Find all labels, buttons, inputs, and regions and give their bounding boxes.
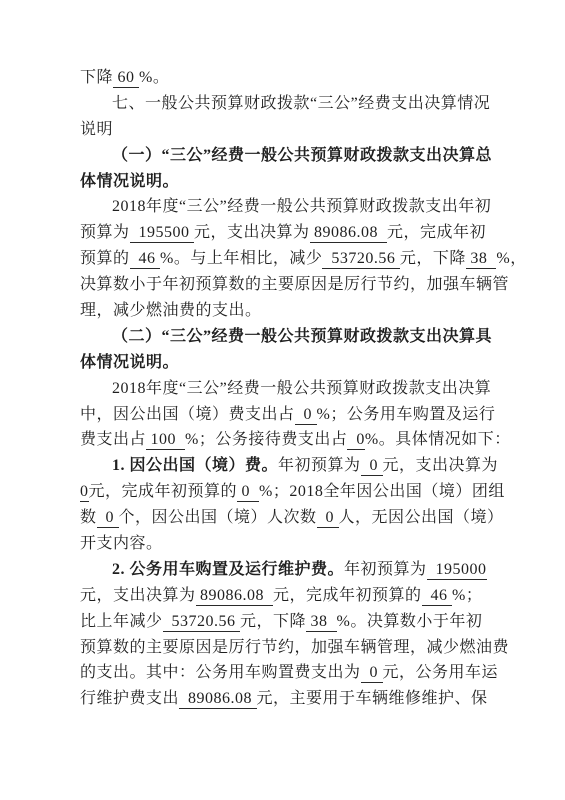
text-line: 体情况说明。 bbox=[80, 350, 512, 376]
text-segment: %。 bbox=[139, 69, 169, 86]
text-line: （二）“三公”经费一般公共预算财政拨款支出决算具 bbox=[80, 324, 512, 350]
underlined-value: 0 bbox=[237, 483, 259, 502]
underlined-value: 53720.56 bbox=[163, 613, 241, 632]
text-line: 预算为 195500 元，支出决算为 89086.08 元，完成年初 bbox=[80, 220, 512, 246]
text-line: 预算数的主要原因是厉行节约，加强车辆管理，减少燃油费 bbox=[80, 635, 512, 661]
text-segment: 元，完成年初预算的 bbox=[273, 587, 422, 604]
text-segment: 说明 bbox=[80, 121, 113, 138]
text-segment: 理，减少燃油费的支出。 bbox=[80, 302, 262, 319]
underlined-value: 38 bbox=[466, 250, 497, 269]
text-line: 元，支出决算为 89086.08 元，完成年初预算的 46 %； bbox=[80, 583, 512, 609]
text-segment: 年初预算为 bbox=[344, 561, 427, 578]
underlined-value: 0 bbox=[361, 457, 383, 476]
underlined-value: 0 bbox=[295, 406, 317, 425]
document-text: 下降 60 %。七、一般公共预算财政拨款“三公”经费支出决算情况说明（一）“三公… bbox=[80, 65, 512, 712]
text-segment: 元，支出决算为 bbox=[194, 224, 310, 241]
text-segment: （二）“三公”经费一般公共预算财政拨款支出决算具 bbox=[112, 328, 492, 345]
text-segment: %。决算数小于年初 bbox=[337, 613, 483, 630]
underlined-value: 195000 bbox=[427, 561, 487, 580]
underlined-value: 38 bbox=[306, 613, 337, 632]
text-line: 的支出。其中：公务用车购置费支出为 0 元，公务用车运 bbox=[80, 660, 512, 686]
underlined-value: 46 bbox=[130, 250, 161, 269]
underlined-value: 0 bbox=[317, 509, 339, 528]
text-segment: 体情况说明。 bbox=[80, 354, 179, 371]
text-segment: 元，下降 bbox=[400, 250, 466, 267]
text-segment: 元，支出决算为 bbox=[80, 587, 196, 604]
text-segment: 行维护费支出 bbox=[80, 690, 179, 707]
text-line: 行维护费支出 89086.08 元，主要用于车辆维修维护、保 bbox=[80, 686, 512, 712]
document-page: 下降 60 %。七、一般公共预算财政拨款“三公”经费支出决算情况说明（一）“三公… bbox=[0, 0, 565, 800]
text-segment: %。与上年相比，减少 bbox=[160, 250, 322, 267]
text-segment: 元，下降 bbox=[240, 613, 306, 630]
underlined-value: 46 bbox=[422, 587, 453, 606]
text-segment: %； bbox=[452, 587, 482, 604]
text-segment: 1. 因公出国（境）费。 bbox=[112, 457, 278, 474]
text-line: 0元，完成年初预算的 0 %；2018全年因公出国（境）团组 bbox=[80, 479, 512, 505]
text-segment: 2018年度“三公”经费一般公共预算财政拨款支出决算 bbox=[112, 380, 491, 397]
text-segment: 元，公务用车运 bbox=[383, 664, 499, 681]
text-segment: 七、一般公共预算财政拨款“三公”经费支出决算情况 bbox=[112, 95, 490, 112]
text-line: 费支出占 100 %；公务接待费支出占 0%。具体情况如下： bbox=[80, 427, 512, 453]
underlined-value: 0 bbox=[361, 664, 383, 683]
text-segment: 元，完成年初预算的 bbox=[89, 483, 238, 500]
text-segment: 中，因公出国（境）费支出占 bbox=[80, 406, 295, 423]
text-segment: 元，支出决算为 bbox=[383, 457, 499, 474]
underlined-value: 0 bbox=[80, 483, 89, 502]
underlined-value: 89086.08 bbox=[310, 224, 388, 243]
text-line: 体情况说明。 bbox=[80, 169, 512, 195]
text-segment: 元，主要用于车辆维修维护、保 bbox=[257, 690, 488, 707]
text-segment: 2. 公务用车购置及运行维护费。 bbox=[112, 561, 344, 578]
text-segment: %；2018全年因公出国（境）团组 bbox=[259, 483, 505, 500]
text-line: （一）“三公”经费一般公共预算财政拨款支出决算总 bbox=[80, 143, 512, 169]
text-segment: 预算为 bbox=[80, 224, 130, 241]
text-line: 2018年度“三公”经费一般公共预算财政拨款支出年初 bbox=[80, 194, 512, 220]
text-segment: 体情况说明。 bbox=[80, 173, 179, 190]
underlined-value: 0 bbox=[347, 431, 365, 450]
text-segment: 元，完成年初 bbox=[387, 224, 486, 241]
text-segment: 2018年度“三公”经费一般公共预算财政拨款支出年初 bbox=[112, 198, 491, 215]
text-line: 数 0 个，因公出国（境）人次数 0 人，无因公出国（境） bbox=[80, 505, 512, 531]
text-segment: %；公务接待费支出占 bbox=[185, 431, 347, 448]
text-segment: 年初预算为 bbox=[278, 457, 361, 474]
text-segment: %；公务用车购置及运行 bbox=[317, 406, 496, 423]
underlined-value: 89086.08 bbox=[179, 690, 257, 709]
underlined-value: 53720.56 bbox=[322, 250, 400, 269]
text-segment: 下降 bbox=[80, 69, 113, 86]
text-segment: 费支出占 bbox=[80, 431, 146, 448]
underlined-value: 89086.08 bbox=[196, 587, 274, 606]
text-line: 比上年减少 53720.56 元，下降 38 %。决算数小于年初 bbox=[80, 609, 512, 635]
underlined-value: 195500 bbox=[130, 224, 195, 243]
text-segment: 开支内容。 bbox=[80, 535, 163, 552]
text-line: 七、一般公共预算财政拨款“三公”经费支出决算情况 bbox=[80, 91, 512, 117]
underlined-value: 0 bbox=[97, 509, 119, 528]
text-segment: 决算数小于年初预算数的主要原因是厉行节约，加强车辆管 bbox=[80, 276, 509, 293]
text-segment: %， bbox=[496, 250, 526, 267]
text-line: 说明 bbox=[80, 117, 512, 143]
text-line: 下降 60 %。 bbox=[80, 65, 512, 91]
text-segment: 预算的 bbox=[80, 250, 130, 267]
text-segment: 人，无因公出国（境） bbox=[339, 509, 504, 526]
underlined-value: 100 bbox=[146, 431, 185, 450]
text-segment: 的支出。其中：公务用车购置费支出为 bbox=[80, 664, 361, 681]
text-segment: 数 bbox=[80, 509, 97, 526]
text-line: 中，因公出国（境）费支出占 0 %；公务用车购置及运行 bbox=[80, 402, 512, 428]
text-segment: 预算数的主要原因是厉行节约，加强车辆管理，减少燃油费 bbox=[80, 639, 509, 656]
text-segment: 比上年减少 bbox=[80, 613, 163, 630]
text-line: 1. 因公出国（境）费。年初预算为 0 元，支出决算为 bbox=[80, 453, 512, 479]
text-segment: 个，因公出国（境）人次数 bbox=[119, 509, 317, 526]
text-line: 预算的 46 %。与上年相比，减少 53720.56 元，下降 38 %， bbox=[80, 246, 512, 272]
text-line: 2. 公务用车购置及运行维护费。年初预算为 195000 bbox=[80, 557, 512, 583]
text-line: 决算数小于年初预算数的主要原因是厉行节约，加强车辆管 bbox=[80, 272, 512, 298]
text-line: 理，减少燃油费的支出。 bbox=[80, 298, 512, 324]
underlined-value: 60 bbox=[113, 69, 139, 88]
text-segment: %。具体情况如下： bbox=[365, 431, 511, 448]
text-segment: （一）“三公”经费一般公共预算财政拨款支出决算总 bbox=[112, 147, 492, 164]
text-line: 开支内容。 bbox=[80, 531, 512, 557]
text-line: 2018年度“三公”经费一般公共预算财政拨款支出决算 bbox=[80, 376, 512, 402]
